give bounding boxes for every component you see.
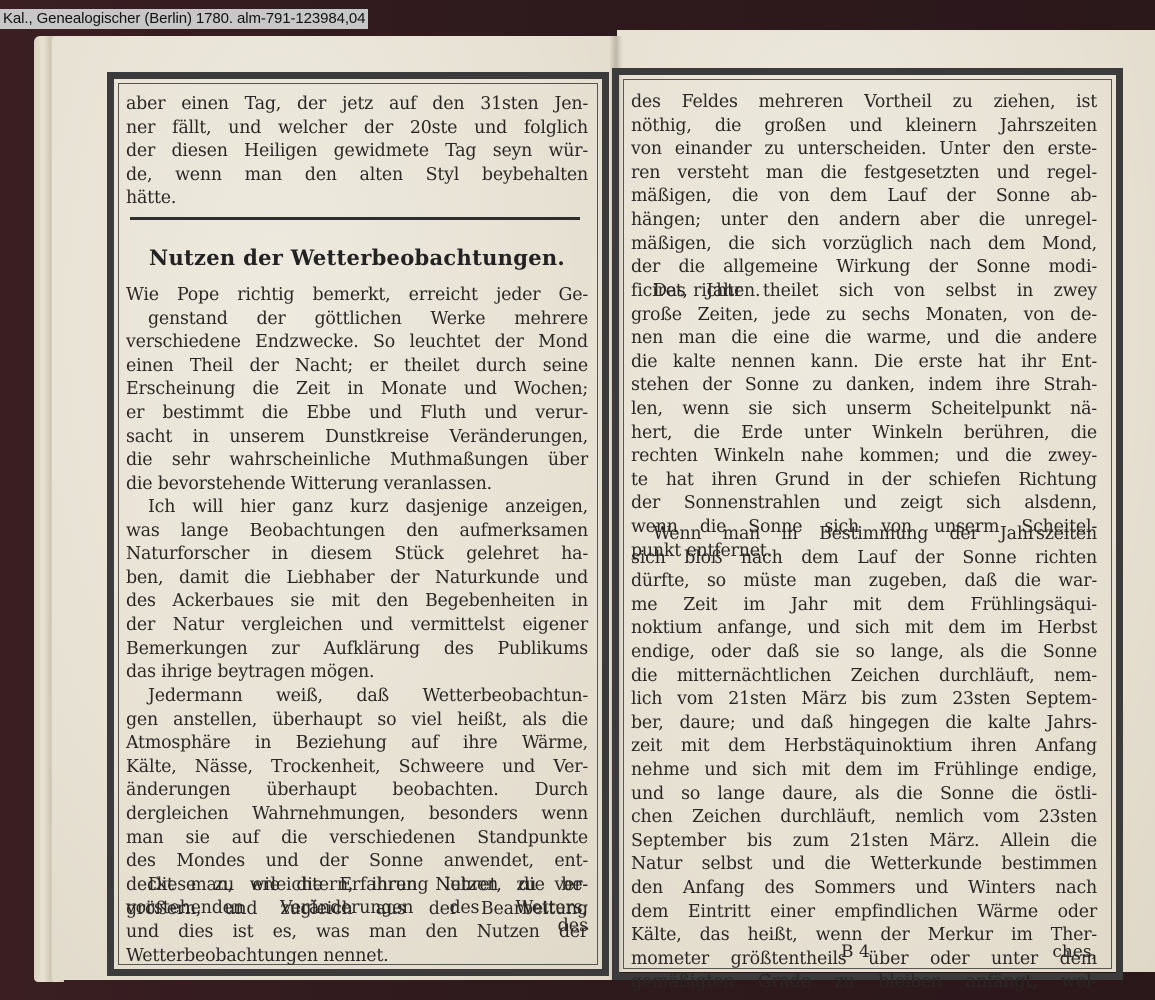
text-line: ner fällt, und welcher der 20ste und fol…	[126, 117, 588, 141]
catchword-right: ches,	[1052, 942, 1097, 962]
text-line: Wetterbeobachtungen nennet.	[126, 945, 588, 969]
text-line: endige, oder daß sie so lange, als die S…	[631, 641, 1097, 665]
text-line: des Mondes und der Sonne anwendet, ent-	[126, 850, 588, 874]
text-line: des Feldes mehreren Vortheil zu ziehen, …	[631, 91, 1097, 115]
text-line: sacht in unserem Dunstkreise Veränderung…	[126, 426, 588, 450]
text-line: dem Eintritt einer empfindlichen Wärme o…	[631, 901, 1097, 925]
text-line: noktium anfange, und sich mit dem im Her…	[631, 617, 1097, 641]
text-line: Kälte, Nässe, Trockenheit, Schweere und …	[126, 756, 588, 780]
right-paragraph-3: Wenn man in Bestimmung der Jahrszeiten s…	[631, 523, 1097, 995]
text-line: Ich will hier ganz kurz dasjenige anzeig…	[126, 496, 588, 520]
text-line: ben, damit die Liebhaber der Naturkunde …	[126, 567, 588, 591]
text-line: der Natur vergleichen und vermittelst ei…	[126, 614, 588, 638]
text-line: was lange Beobachtungen den aufmerksamen	[126, 520, 588, 544]
text-line: er bestimmt die Ebbe und Fluth und verur…	[126, 402, 588, 426]
text-line: September bis zum 21sten März. Allein di…	[631, 830, 1097, 854]
section-divider-rule	[130, 217, 580, 220]
text-line: Erscheinung die Zeit in Monate und Woche…	[126, 378, 588, 402]
text-line: gemäßigten Grade zu bleiben anfängt, wel…	[631, 971, 1097, 995]
text-line: Das Jahr theilet sich von selbst in zwey	[631, 280, 1097, 304]
text-line: genstand der göttlichen Werke mehrere	[126, 308, 588, 332]
text-line: mäßigen, die von dem Lauf der Sonne ab-	[631, 185, 1097, 209]
text-line: die bevorstehende Witterung veranlassen.	[126, 473, 588, 497]
text-line: und so lange daure, als die Sonne die ös…	[631, 783, 1097, 807]
text-line: Diese zu erleichtern, ihren Nutzen zu ve…	[126, 874, 588, 898]
text-line: nen man die eine die warme, und die ande…	[631, 327, 1097, 351]
text-line: chen Zeichen durchläuft, nemlich vom 23s…	[631, 806, 1097, 830]
text-line: das ihrige beytragen mögen.	[126, 661, 588, 685]
text-line: die mitternächtlichen Zeichen durchläuft…	[631, 665, 1097, 689]
text-line: rechten Winkeln nahe kommen; und die zwe…	[631, 445, 1097, 469]
text-line: von einander zu unterscheiden. Unter den…	[631, 138, 1097, 162]
left-paragraph-4: Diese zu erleichtern, ihren Nutzen zu ve…	[126, 874, 588, 921]
right-paragraph-2: Das Jahr theilet sich von selbst in zwey…	[631, 280, 1097, 563]
text-line: Natur selbst und die Wetterkunde bestimm…	[631, 853, 1097, 877]
text-line: mäßigen, die sich vorzüglich nach dem Mo…	[631, 233, 1097, 257]
text-line: Jedermann weiß, daß Wetterbeobachtun-	[126, 685, 588, 709]
text-line: te hat ihren Grund in der schiefen Richt…	[631, 469, 1097, 493]
text-line: len, wenn sie sich unserm Scheitelpunkt …	[631, 398, 1097, 422]
text-line: der die allgemeine Wirkung der Sonne mod…	[631, 256, 1097, 280]
text-line: der diesen Heiligen gewidmete Tag seyn w…	[126, 140, 588, 164]
text-line: ber, daure; und daß hingegen die kalte J…	[631, 712, 1097, 736]
text-line: hert, die Erde unter Winkeln berühren, d…	[631, 422, 1097, 446]
text-line: gen anstellen, überhaupt so viel heißt, …	[126, 709, 588, 733]
text-line: Wenn man in Bestimmung der Jahrszeiten	[631, 523, 1097, 547]
text-line: man sie auf die verschiedenen Standpunkt…	[126, 827, 588, 851]
right-page-footer: B 4 ches,	[631, 942, 1097, 966]
signature-mark: B 4	[841, 942, 870, 962]
text-line: des Ackerbaues sie mit den Begebenheiten…	[126, 590, 588, 614]
text-line: große Zeiten, jede zu sechs Monaten, von…	[631, 304, 1097, 328]
text-line: Naturforscher in diesem Stück gelehret h…	[126, 543, 588, 567]
left-paragraph-2: Ich will hier ganz kurz dasjenige anzeig…	[126, 496, 588, 685]
text-line: hätte.	[126, 187, 588, 211]
right-paragraph-1: des Feldes mehreren Vortheil zu ziehen, …	[631, 91, 1097, 303]
text-line: die kalte nennen kann. Die erste hat ihr…	[631, 351, 1097, 375]
text-line: einen Theil der Nacht; er theilet durch …	[126, 355, 588, 379]
text-line: dürfte, so müste man zugeben, daß die wa…	[631, 570, 1097, 594]
text-line: de, wenn man den alten Styl beybehalten	[126, 164, 588, 188]
left-paragraph-1: Wie Pope richtig bemerkt, erreicht jeder…	[126, 284, 588, 496]
text-line: verschiedene Endzwecke. So leuchtet der …	[126, 331, 588, 355]
text-line: den Anfang des Sommers und Winters nach	[631, 877, 1097, 901]
text-line: lich vom 21sten März bis zum 23sten Sept…	[631, 688, 1097, 712]
text-line: Wie Pope richtig bemerkt, erreicht jeder…	[126, 284, 588, 308]
text-line: nöthig, die großen und kleinern Jahrszei…	[631, 115, 1097, 139]
text-line: me Zeit im Jahr mit dem Frühlingsäqui-	[631, 594, 1097, 618]
image-caption: Kal., Genealogischer (Berlin) 1780. alm-…	[0, 9, 368, 29]
text-line: Bemerkungen zur Aufklärung des Publikums	[126, 638, 588, 662]
text-line: die sehr wahrscheinliche Muthmaßungen üb…	[126, 449, 588, 473]
catchword-left: des	[126, 916, 588, 936]
text-line: aber einen Tag, der jetz auf den 31sten …	[126, 93, 588, 117]
text-line: der Sonnenstrahlen und zeigt sich alsden…	[631, 492, 1097, 516]
text-line: stehen der Sonne zu danken, indem ihre S…	[631, 374, 1097, 398]
text-line: hängen; unter den andern aber die unrege…	[631, 209, 1097, 233]
section-heading: Nutzen der Wetterbeobachtungen.	[126, 245, 588, 270]
text-line: ren versteht man die festgesetzten und r…	[631, 162, 1097, 186]
text-line: nehme und sich mit dem im Frühlinge endi…	[631, 759, 1097, 783]
text-line: zeit mit dem Herbstäquinoktium ihren Anf…	[631, 735, 1097, 759]
left-continuation-text: aber einen Tag, der jetz auf den 31sten …	[126, 93, 588, 211]
text-line: dergleichen Wahrnehmungen, besonders wen…	[126, 803, 588, 827]
text-line: Atmosphäre in Beziehung auf ihre Wärme,	[126, 732, 588, 756]
text-line: sich bloß nach dem Lauf der Sonne richte…	[631, 547, 1097, 571]
text-line: änderungen überhaupt beobachten. Durch	[126, 779, 588, 803]
